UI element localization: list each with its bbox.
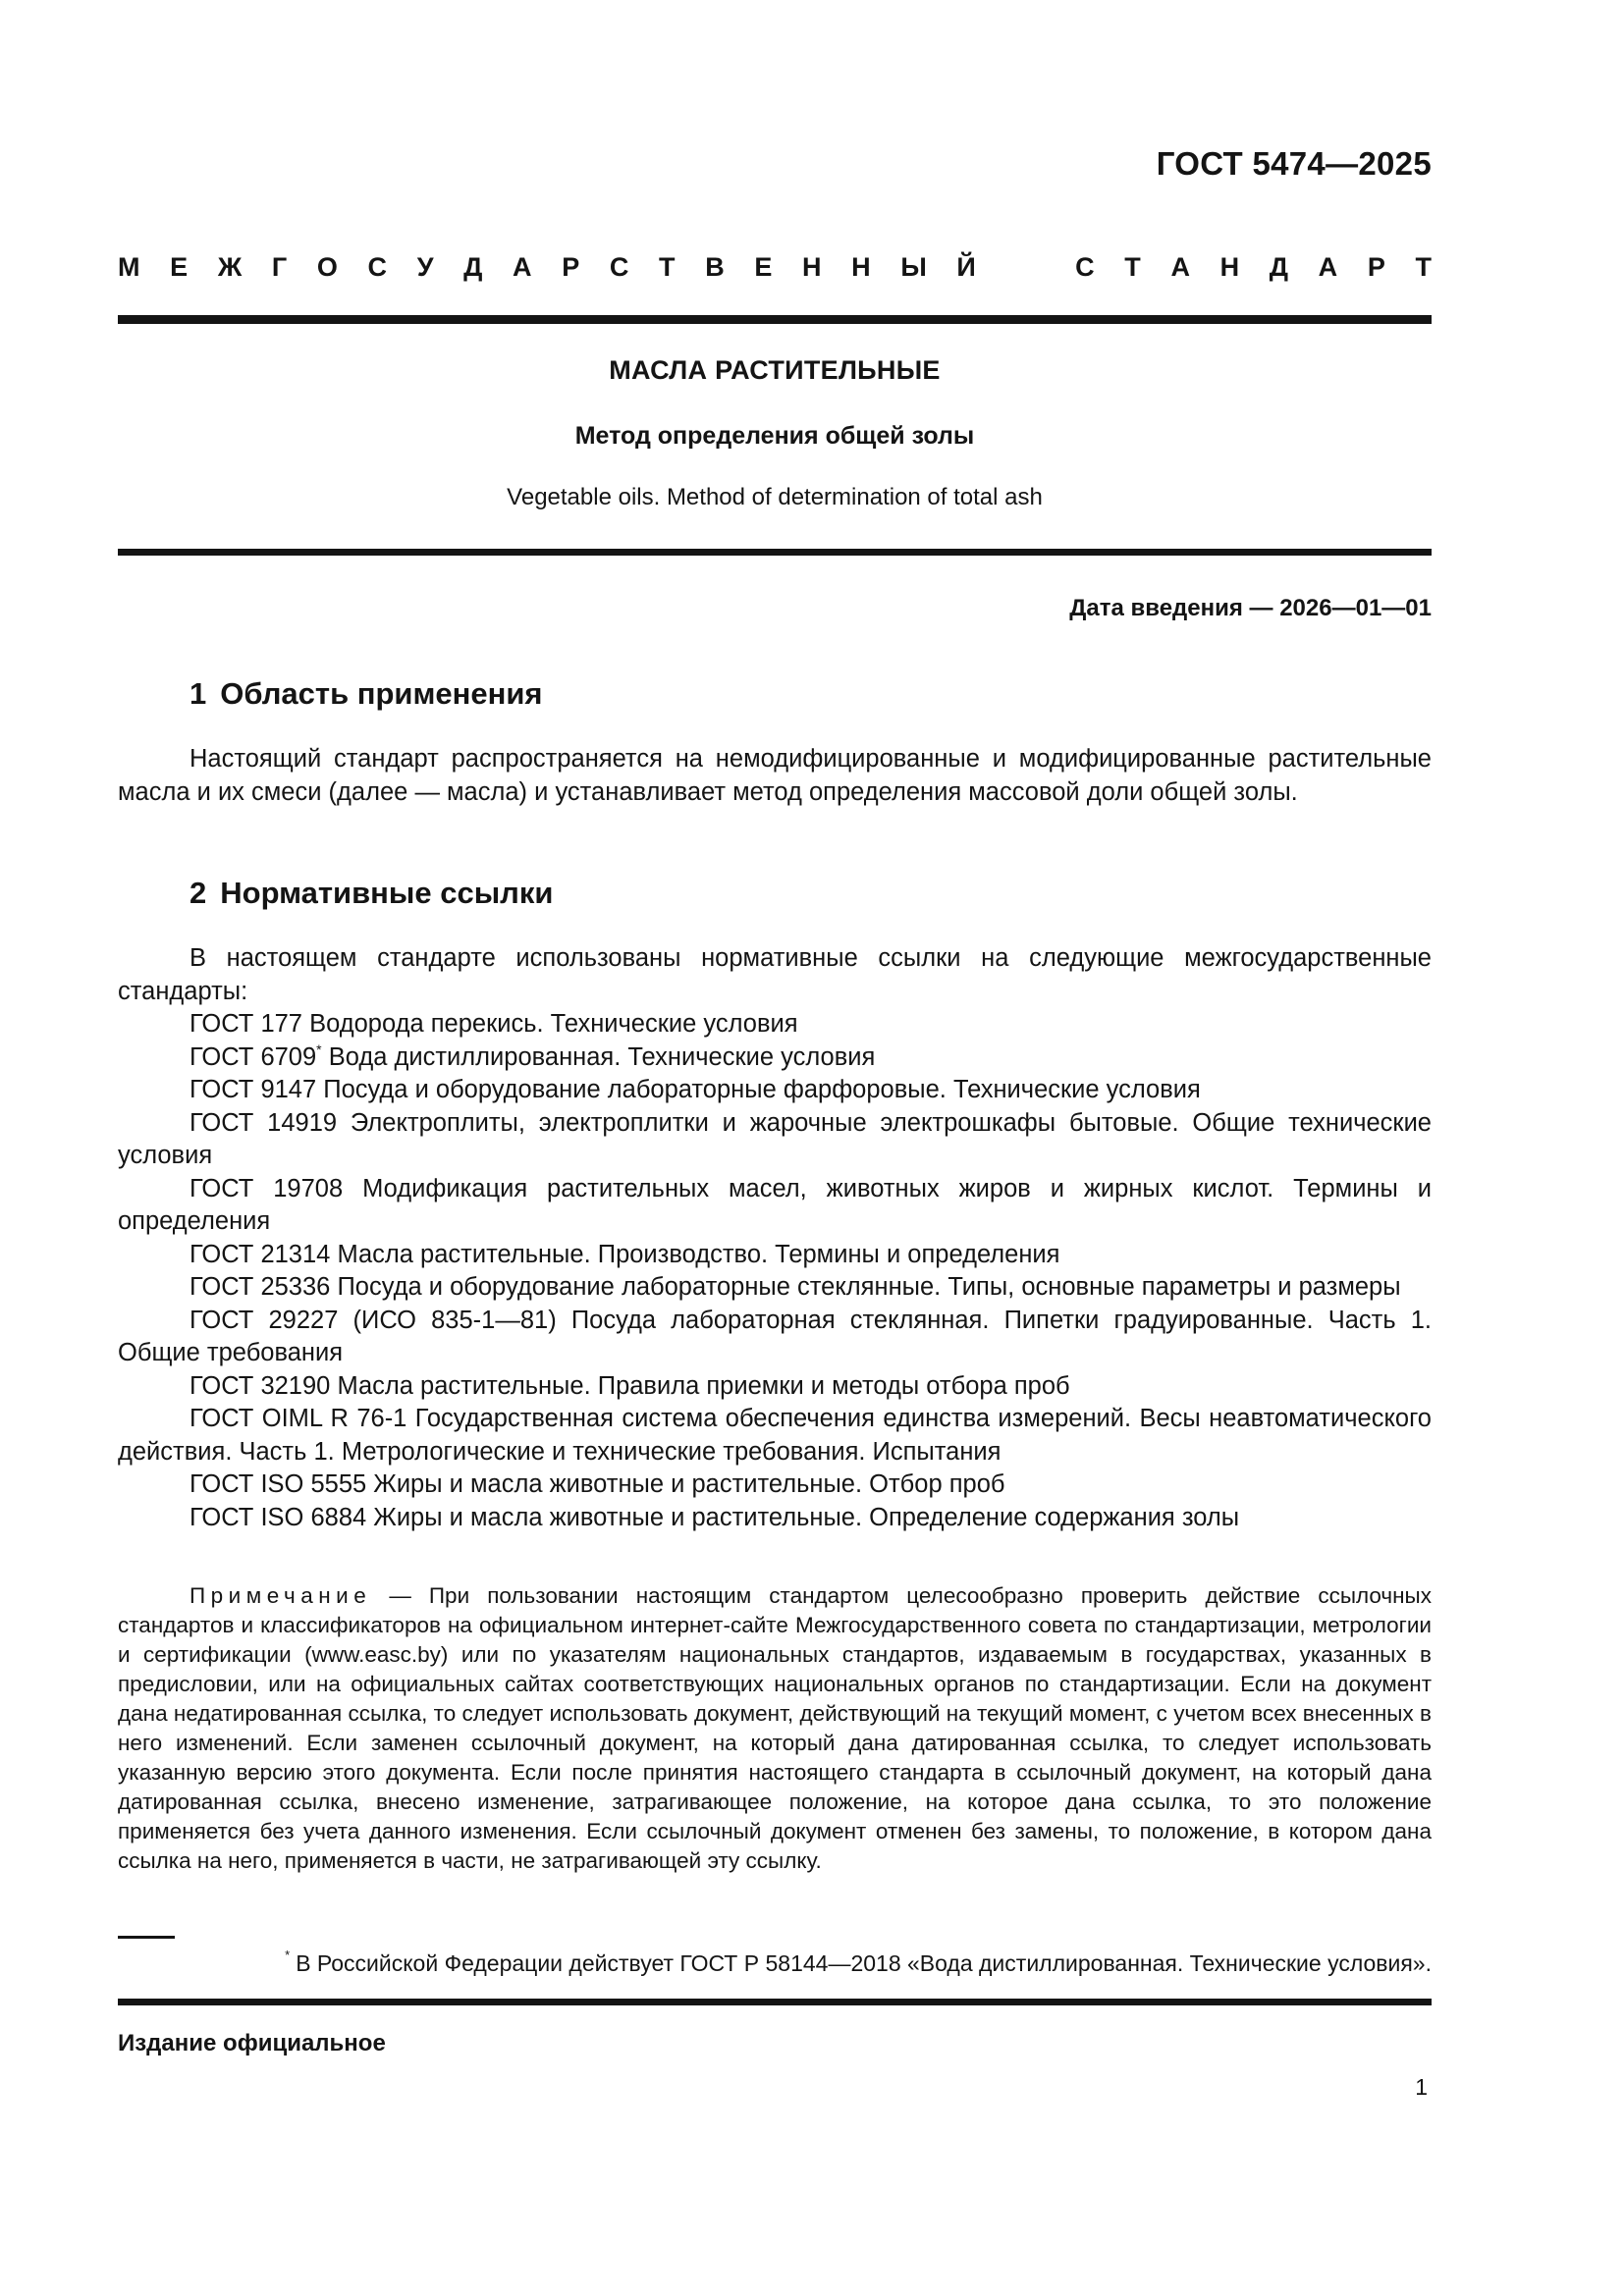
references-intro: В настоящем стандарте использованы норма… xyxy=(118,942,1432,1008)
section-1-heading: 1Область применения xyxy=(118,677,1503,711)
banner-letter: Ы xyxy=(900,252,926,283)
banner-letter: С xyxy=(1075,252,1095,283)
banner-gap xyxy=(1005,252,1045,283)
reference-item: ГОСТ 19708 Модификация растительных масе… xyxy=(118,1173,1432,1239)
reference-code: ГОСТ 32190 xyxy=(189,1372,330,1400)
banner-letter: М xyxy=(118,252,140,283)
footer-rule xyxy=(118,1999,1432,2005)
footnote: *В Российской Федерации действует ГОСТ Р… xyxy=(118,1949,1432,1978)
document-title: МАСЛА РАСТИТЕЛЬНЫЕ xyxy=(118,355,1432,386)
reference-code: ГОСТ 19708 xyxy=(189,1175,343,1202)
reference-item: ГОСТ 177 Водорода перекись. Технические … xyxy=(118,1008,1432,1041)
note: Примечание — При пользовании настоящим с… xyxy=(118,1581,1432,1876)
document-number: ГОСТ 5474—2025 xyxy=(1157,145,1432,183)
banner-letter: Й xyxy=(956,252,975,283)
reference-code: ГОСТ 25336 xyxy=(189,1273,330,1301)
banner-letter: Т xyxy=(1124,252,1141,283)
reference-code: ГОСТ 177 xyxy=(189,1010,302,1038)
banner-letter: У xyxy=(417,252,434,283)
reference-code: ГОСТ 14919 xyxy=(189,1109,337,1137)
section-2-heading: 2Нормативные ссылки xyxy=(118,877,1503,910)
page-number: 1 xyxy=(1415,2074,1428,2101)
footnote-mark: * xyxy=(285,1948,290,1962)
reference-item: ГОСТ 6709* Вода дистиллированная. Технич… xyxy=(118,1041,1432,1075)
banner-letter: Е xyxy=(170,252,188,283)
standard-type-banner: МЕЖГОСУДАРСТВЕННЫЙСТАНДАРТ xyxy=(118,252,1432,283)
banner-letter: Н xyxy=(851,252,871,283)
section-title: Нормативные ссылки xyxy=(220,876,553,910)
banner-letter: Ж xyxy=(218,252,242,283)
reference-code: ГОСТ 29227 (ИСО 835-1—81) xyxy=(189,1307,557,1334)
reference-item: ГОСТ 21314 Масла растительные. Производс… xyxy=(118,1239,1432,1272)
banner-letter: С xyxy=(610,252,629,283)
reference-item: ГОСТ 9147 Посуда и оборудование лаборато… xyxy=(118,1074,1432,1107)
reference-code: ГОСТ 6709 xyxy=(189,1043,316,1071)
reference-item: ГОСТ ISO 6884 Жиры и масла животные и ра… xyxy=(118,1502,1432,1535)
section-2-body: В настоящем стандарте использованы норма… xyxy=(118,942,1432,1534)
reference-title: Вода дистиллированная. Технические услов… xyxy=(322,1043,876,1071)
reference-title: Водорода перекись. Технические условия xyxy=(302,1010,798,1038)
reference-item: ГОСТ ISO 5555 Жиры и масла животные и ра… xyxy=(118,1468,1432,1502)
note-label: Примечание xyxy=(189,1583,371,1608)
banner-letter: Н xyxy=(802,252,822,283)
document-title-english: Vegetable oils. Method of determination … xyxy=(118,484,1432,511)
header-rule xyxy=(118,315,1432,324)
reference-item: ГОСТ 32190 Масла растительные. Правила п… xyxy=(118,1370,1432,1404)
banner-letter: С xyxy=(368,252,388,283)
banner-letter: Д xyxy=(1270,252,1288,283)
reference-title: Масла растительные. Правила приемки и ме… xyxy=(330,1372,1069,1400)
banner-letter: Д xyxy=(463,252,482,283)
footnote-separator xyxy=(118,1936,175,1939)
footnote-reference-mark[interactable]: * xyxy=(316,1041,321,1057)
banner-letter: Т xyxy=(659,252,676,283)
banner-letter: О xyxy=(317,252,338,283)
section-number: 1 xyxy=(189,676,206,711)
reference-code: ГОСТ 21314 xyxy=(189,1241,330,1268)
reference-code: ГОСТ ISO 5555 xyxy=(189,1470,366,1498)
reference-item: ГОСТ 25336 Посуда и оборудование лаборат… xyxy=(118,1271,1432,1305)
reference-item: ГОСТ 29227 (ИСО 835-1—81) Посуда лаборат… xyxy=(118,1305,1432,1370)
banner-letter: Е xyxy=(754,252,772,283)
reference-code: ГОСТ ISO 6884 xyxy=(189,1504,366,1531)
reference-item: ГОСТ 14919 Электроплиты, электроплитки и… xyxy=(118,1107,1432,1173)
banner-letter: Р xyxy=(1368,252,1385,283)
banner-letter: Г xyxy=(272,252,287,283)
banner-letter: Р xyxy=(562,252,579,283)
reference-item: ГОСТ OIML R 76-1 Государственная система… xyxy=(118,1403,1432,1468)
reference-list: ГОСТ 177 Водорода перекись. Технические … xyxy=(118,1008,1432,1534)
banner-letter: А xyxy=(513,252,532,283)
section-title: Область применения xyxy=(220,676,542,711)
banner-letter: Н xyxy=(1220,252,1240,283)
banner-letter: А xyxy=(1170,252,1190,283)
title-rule xyxy=(118,549,1432,556)
paragraph: Настоящий стандарт распространяется на н… xyxy=(118,743,1432,809)
reference-title: Посуда и оборудование лабораторные фарфо… xyxy=(316,1076,1201,1103)
reference-code: ГОСТ OIML R 76-1 xyxy=(189,1405,406,1432)
reference-title: Жиры и масла животные и растительные. Оп… xyxy=(366,1504,1239,1531)
reference-title: Посуда и оборудование лабораторные стекл… xyxy=(330,1273,1400,1301)
banner-letter: Т xyxy=(1416,252,1433,283)
note-text: — При пользовании настоящим стандартом ц… xyxy=(118,1583,1432,1873)
reference-title: Жиры и масла животные и растительные. От… xyxy=(366,1470,1004,1498)
section-number: 2 xyxy=(189,876,206,910)
section-1-body: Настоящий стандарт распространяется на н… xyxy=(118,743,1432,809)
document-subtitle: Метод определения общей золы xyxy=(118,422,1432,451)
reference-title: Масла растительные. Производство. Термин… xyxy=(330,1241,1059,1268)
introduction-date: Дата введения — 2026—01—01 xyxy=(1069,595,1432,622)
banner-letter: В xyxy=(705,252,725,283)
banner-letter: А xyxy=(1319,252,1338,283)
edition-label: Издание официальное xyxy=(118,2030,386,2057)
footnote-text: В Российской Федерации действует ГОСТ Р … xyxy=(296,1950,1432,1976)
reference-code: ГОСТ 9147 xyxy=(189,1076,316,1103)
